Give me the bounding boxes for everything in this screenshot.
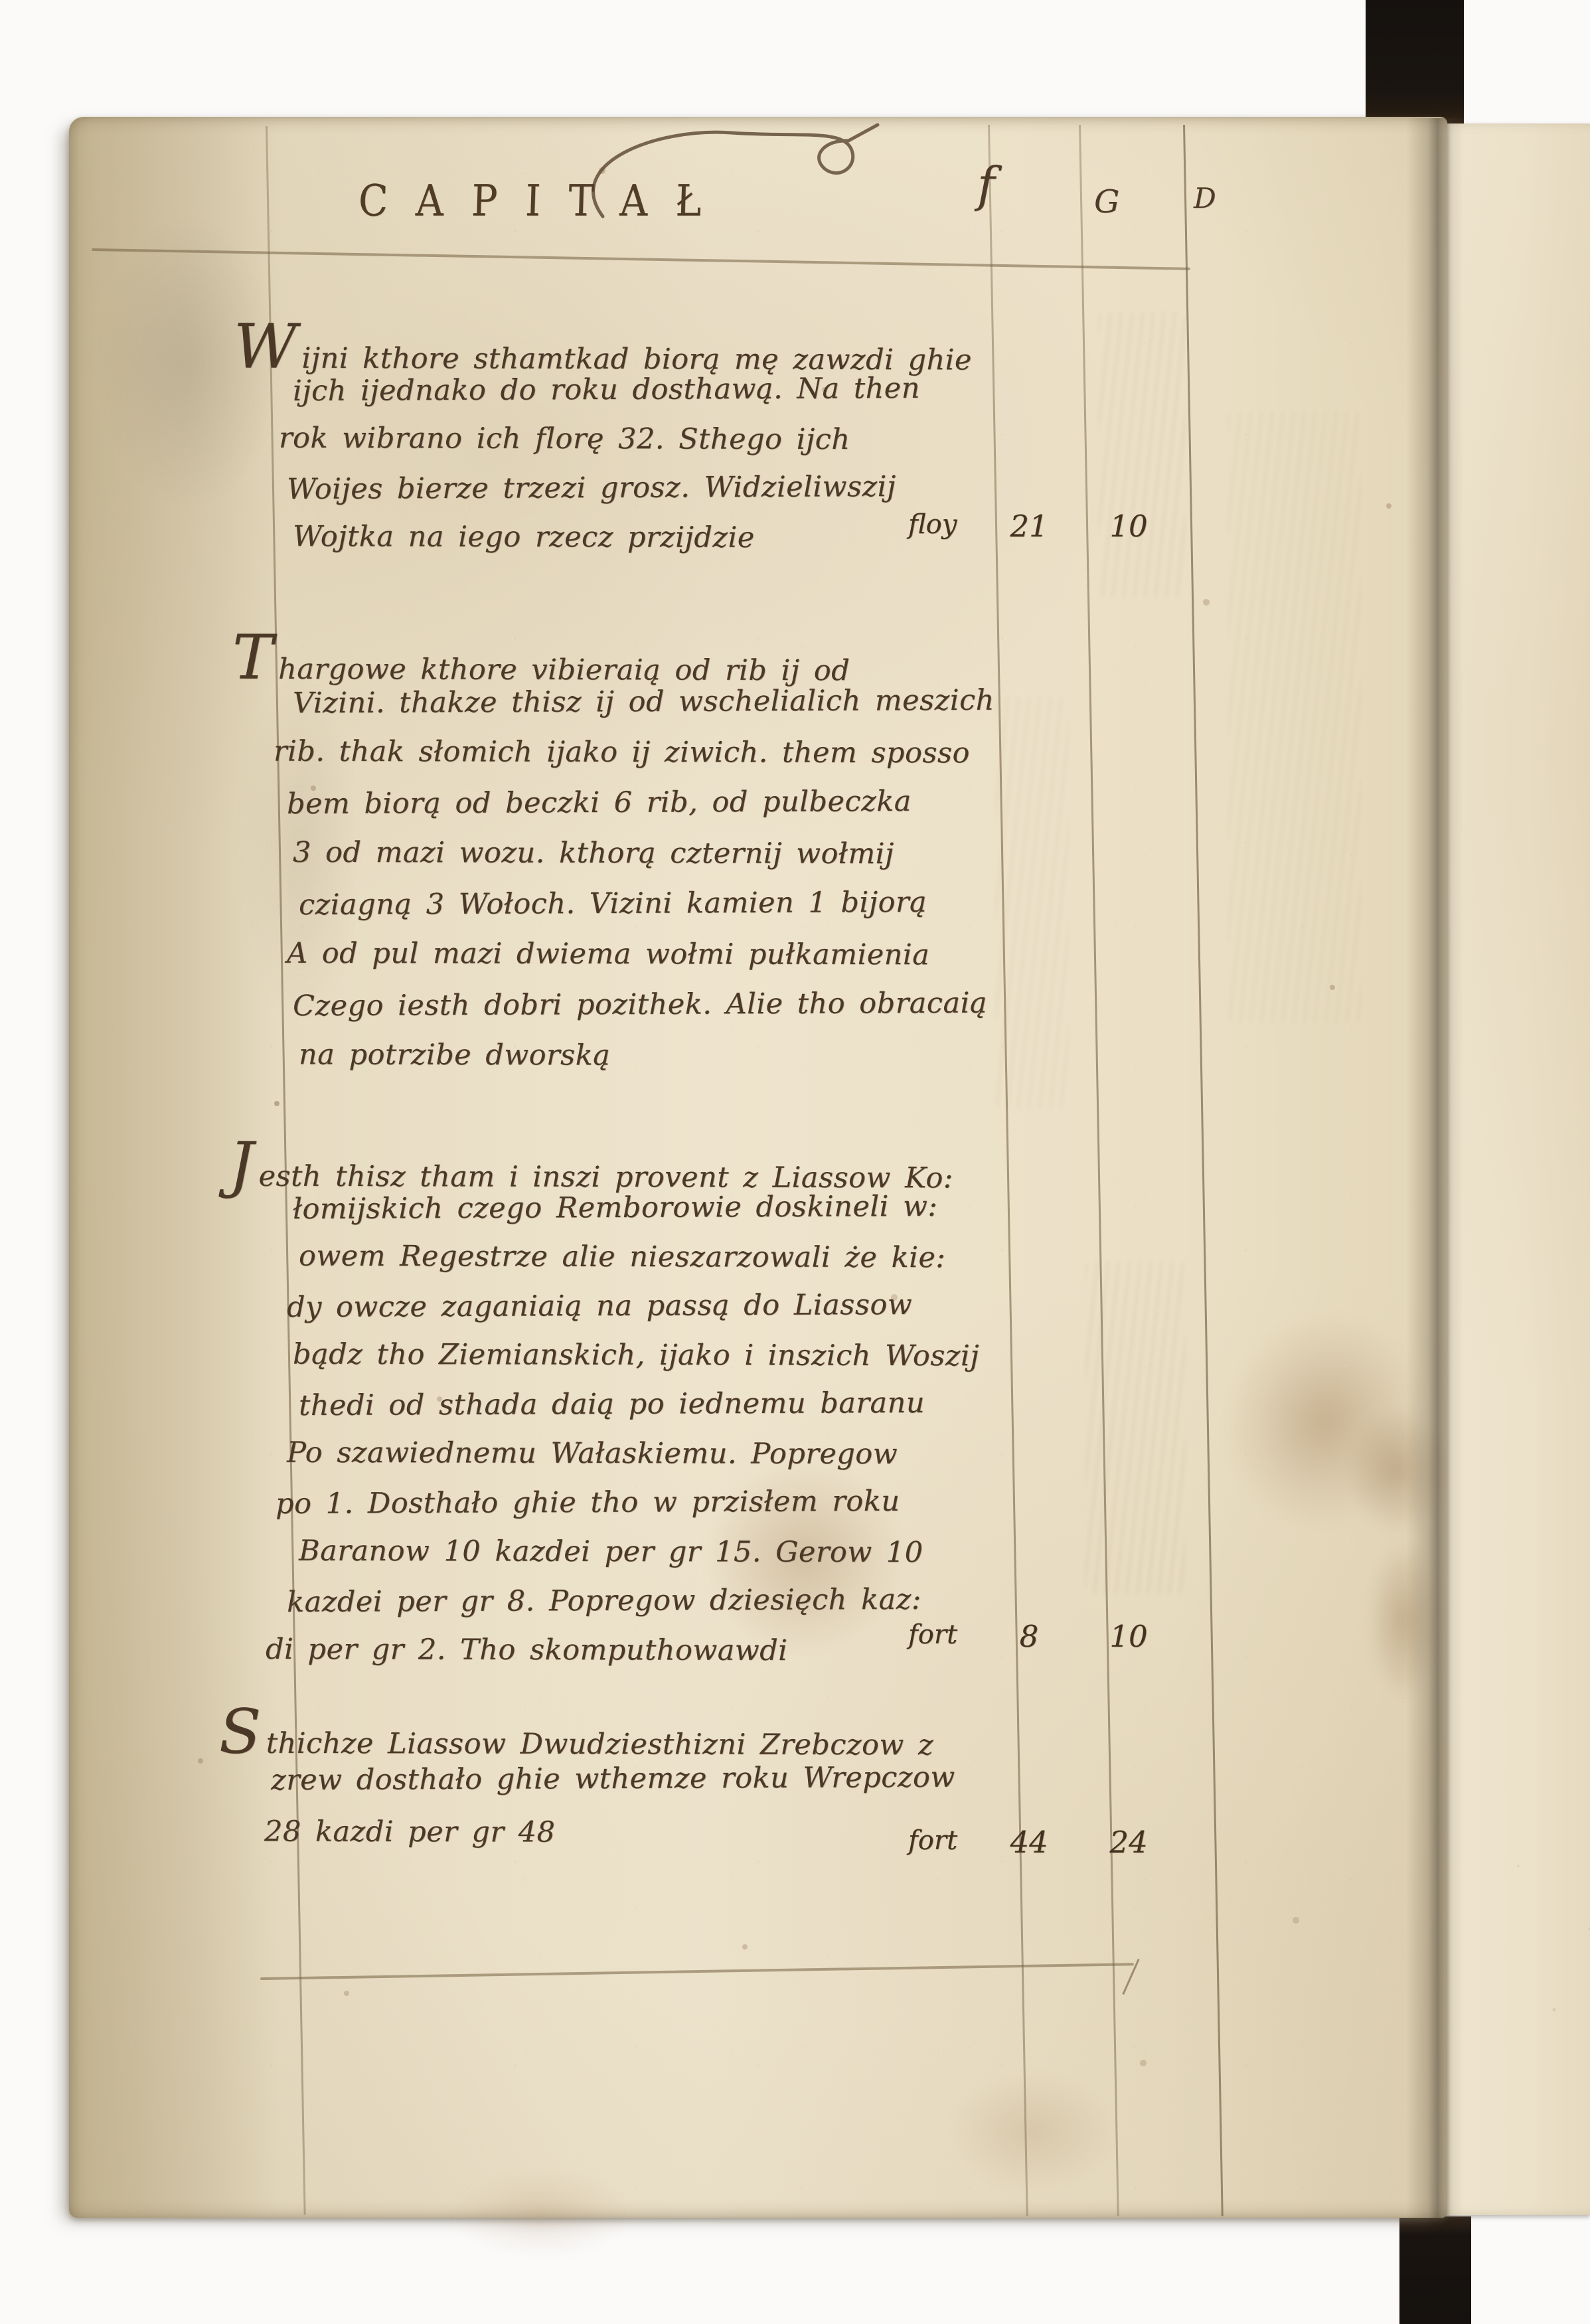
manuscript-line: 3 od mazi wozu. kthorą czternij wołmij	[293, 837, 894, 871]
manuscript-line: ijch ijednako do roku dosthawą. Na then	[293, 373, 920, 407]
manuscript-line: kazdei per gr 8. Popregow dziesięch kaz:	[287, 1584, 921, 1618]
manuscript-line: Czego iesth dobri pozithek. Alie tho obr…	[293, 988, 987, 1023]
manuscript-line: Jesth thisz tham i inszi provent z Liass…	[229, 1143, 953, 1195]
manuscript-line: rib. thak słomich ijako ij ziwich. them …	[274, 736, 970, 770]
foxing-specks	[0, 0, 3, 3]
manuscript-line: łomijskich czego Remborowie doskineli w:	[293, 1191, 938, 1226]
manuscript-line: na potrzibe dworską	[299, 1039, 610, 1072]
column-header-groszy: G	[1094, 183, 1119, 220]
ribbon-strap-bottom	[1399, 2216, 1471, 2324]
manuscript-line: zrew dosthało ghie wthemze roku Wrepczow	[271, 1762, 955, 1797]
column-header-denars: D	[1194, 182, 1216, 214]
manuscript-line: 28 kazdi per gr 48	[264, 1816, 555, 1848]
entry-amount-groszy: 10	[1092, 511, 1165, 541]
page-crease-shadow	[1406, 118, 1463, 2218]
entry-amount-florins: 8	[993, 1621, 1066, 1651]
manuscript-line: Wijni kthore sthamtkad biorą mę zawzdi g…	[234, 325, 972, 376]
entry-amount-florins: 44	[993, 1827, 1066, 1857]
entry-amount-florins: 21	[993, 511, 1066, 541]
entry-amount-groszy: 24	[1092, 1827, 1165, 1857]
manuscript-line: bądz tho Ziemianskich, ijako i inszich W…	[293, 1339, 979, 1372]
manuscript-line: Thargowe kthore vibieraią od rib ij od	[232, 635, 850, 687]
manuscript-line: Po szawiednemu Wałaskiemu. Popregow	[287, 1438, 898, 1471]
foxing-patch	[1494, 1810, 1590, 2122]
manuscript-line: Wojtka na iego rzecz przijdzie	[293, 521, 755, 554]
manuscript-line: cziagną 3 Wołoch. Vizini kamien 1 bijorą	[299, 887, 927, 921]
ribbon-strap-top	[1366, 0, 1464, 131]
manuscript-line: Woijes bierze trzezi grosz. Widzieliwszi…	[287, 471, 896, 505]
ink-bleedthrough	[1099, 312, 1185, 598]
manuscript-line: di per gr 2. Tho skomputhowawdi	[266, 1634, 788, 1667]
manuscript-line: dy owcze zaganiaią na passą do Liassow	[287, 1289, 912, 1323]
stain	[949, 2072, 1115, 2191]
entry-amount-groszy: 10	[1092, 1621, 1165, 1651]
stain	[451, 2171, 631, 2258]
manuscript-line: Baranow 10 kazdei per gr 15. Gerow 10	[299, 1536, 923, 1569]
entry-total-label: fort	[908, 1621, 957, 1648]
column-header-florins: f	[977, 157, 995, 212]
page-title: CAPITAŁ	[358, 175, 730, 226]
ink-bleedthrough	[996, 697, 1069, 1109]
manuscript-line: Sthichze Liassow Dwudziesthizni Zrebczow…	[219, 1710, 933, 1762]
manuscript-line: Vizini. thakze thisz ij od wschelialich …	[293, 685, 994, 720]
scanned-manuscript-page: CAPITAŁ f G D Wijni kthore sthamtkad bio…	[0, 0, 1590, 2324]
manuscript-line: po 1. Dosthało ghie tho w przisłem roku	[276, 1486, 900, 1520]
entry-total-label: floy	[908, 511, 957, 538]
manuscript-line: thedi od sthada daią po iednemu baranu	[299, 1388, 925, 1422]
entry-total-label: fort	[908, 1827, 957, 1854]
manuscript-line: A od pul mazi dwiema wołmi pułkamienia	[287, 938, 929, 971]
manuscript-line: owem Regestrze alie nieszarzowali że kie…	[299, 1241, 945, 1274]
manuscript-line: rok wibrano ich florę 32. Sthego ijch	[279, 423, 850, 456]
manuscript-line: bem biorą od beczki 6 rib, od pulbeczka	[287, 786, 912, 820]
ink-bleedthrough	[1228, 412, 1361, 1023]
